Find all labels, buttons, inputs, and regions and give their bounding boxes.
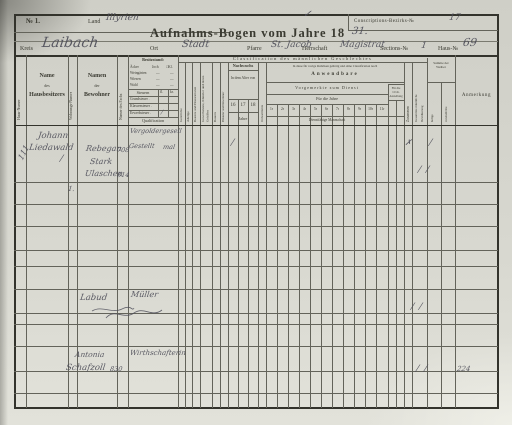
grid-vline	[248, 100, 249, 408]
resident-name: Labud	[79, 293, 107, 303]
steuern-kr: kr.	[170, 90, 174, 94]
besitz-dash: —	[156, 77, 160, 81]
grid-vline	[332, 104, 333, 408]
grid-vline	[117, 55, 118, 408]
year-col: 6r	[321, 107, 332, 111]
year-col: 1r	[266, 107, 277, 111]
grid-vline	[376, 104, 377, 408]
grid-vline	[412, 62, 413, 408]
col-header-bewohner-line2: der	[78, 83, 116, 88]
grid-vline	[497, 14, 499, 409]
nachwuchs-year-17: 17	[238, 103, 248, 108]
class-col-beamte: Beamte und Honoratioren	[193, 64, 197, 122]
resident-fach-number: 830	[109, 365, 123, 373]
year-col: 2r	[277, 107, 288, 111]
year-col: 10r	[365, 107, 376, 111]
grid-hline	[14, 14, 498, 16]
qualification-entry: Müller	[130, 290, 158, 299]
grid-hline	[14, 346, 498, 347]
resident-name: Stark	[89, 157, 112, 166]
signature-flourish	[104, 306, 164, 322]
grid-vline	[348, 14, 349, 30]
grid-hline	[14, 393, 498, 394]
nachwuchs-sub: In dem Alter von	[229, 76, 257, 80]
year-col: 3r	[288, 107, 299, 111]
tally-mark: /	[230, 138, 234, 148]
civil-box-header: Für die Civil-Anstellung	[388, 86, 404, 98]
grid-hline	[14, 313, 498, 314]
section-value: 1	[420, 41, 427, 51]
col-zusammen: Zusammen	[406, 64, 411, 122]
grid-hline	[14, 266, 498, 267]
col-header-bewohner-line3: Bewohner	[78, 92, 116, 98]
year-col: 7r	[332, 107, 343, 111]
grid-vline	[266, 62, 267, 408]
besitz-title: Besitzstand:	[128, 57, 178, 62]
grid-hline	[427, 82, 455, 83]
kreis-value: Laibach	[41, 35, 100, 51]
class-col-gewerbsleute: Gewerbsleute, Künstler und deren Gehilfe…	[201, 64, 211, 122]
besitz-row-label: Wald	[130, 83, 138, 87]
tally-mark: /	[417, 165, 421, 175]
pfarre-label: Pfarre	[247, 46, 262, 52]
grid-vline	[26, 55, 27, 408]
year-col: 5r	[310, 107, 321, 111]
col-header-bewohner-line1: Namen	[78, 73, 116, 79]
besitz-dash: —	[170, 77, 174, 81]
grid-vline	[228, 62, 229, 408]
col-male-sum-2: Bevölkerung	[420, 64, 424, 122]
grid-vline	[158, 89, 159, 117]
grid-hline	[388, 84, 404, 85]
ort-label: Ort	[150, 46, 158, 52]
col-header-owner-line1: Name	[27, 73, 67, 79]
applicable-line: In diese für vorige Rubriken gehörig und…	[266, 64, 404, 68]
grid-hline	[266, 94, 388, 95]
haus-label: Haus-№	[438, 46, 458, 52]
tally-mark: /	[418, 302, 422, 312]
qualification-entry-line2: Gestellt	[128, 142, 155, 150]
form-number: № 1.	[26, 17, 40, 25]
resident-fach-number: 814	[116, 171, 130, 179]
grid-vline	[388, 84, 389, 408]
title-year-handwritten: 31.	[351, 26, 368, 37]
resident-name: Antonia	[74, 350, 105, 359]
tally-mark: /	[428, 138, 432, 148]
grid-hline	[14, 250, 498, 251]
besitz-dash: —	[170, 83, 174, 87]
year-col: 8r	[343, 107, 354, 111]
owner-flourish: /	[59, 154, 63, 164]
grid-hline	[14, 226, 498, 227]
qualification-entry-line1: Vergoldergesell	[129, 127, 182, 135]
steuern-fl: fl.	[160, 90, 163, 94]
anmerkung-header: Anmerkung	[455, 93, 498, 98]
owner-first-name: Johann	[37, 131, 68, 141]
grid-hline	[348, 30, 498, 31]
class-col-adelige: Adelige	[186, 64, 190, 122]
grid-vline	[238, 100, 239, 408]
ort-value: Stadt	[181, 39, 210, 50]
grid-hline	[14, 125, 498, 126]
check-mark-handwritten: ✓	[302, 9, 312, 20]
besitz-dash: —	[170, 71, 174, 75]
applicable-word: Anwendbare	[266, 72, 404, 77]
qualification-label: Qualification	[128, 118, 178, 123]
steuern-row-label: Erwerbsteuer .	[130, 111, 151, 115]
year-col: 11r	[376, 107, 388, 111]
col-header-owner-line3: Hausbesitzers	[27, 92, 67, 98]
grid-vline	[396, 100, 397, 408]
female-col-ledige: ledige	[430, 86, 434, 122]
herrschaft-value: Magistrat	[339, 40, 385, 50]
steuern-row-label: Klassensteuer .	[130, 104, 152, 108]
grid-hline	[266, 104, 388, 105]
grid-vline	[441, 82, 442, 408]
grid-hline	[266, 116, 404, 117]
resident-surname: Schafzoll	[65, 363, 106, 373]
tally-mark: /	[425, 165, 429, 175]
grid-hline	[228, 70, 258, 71]
qualification-entry: Wirthschafterin	[129, 349, 186, 357]
besitz-unit-joch: Joch	[152, 65, 159, 69]
col-header-haus-numer: Haus-Numer	[16, 62, 21, 120]
col-male-sum-1: Gesammte männliche	[414, 64, 418, 122]
grid-hline	[178, 62, 427, 63]
classification-title: Classification des männlichen Geschlecht…	[178, 56, 427, 61]
fuer-jahre-header: Für die Jahre	[266, 96, 388, 101]
land-label: Land	[88, 19, 100, 25]
nachwuchs-year-16: 16	[228, 103, 238, 108]
besitz-dash: —	[156, 83, 160, 87]
grid-hline	[14, 204, 498, 205]
class-col-bauern: Bauern	[213, 64, 217, 122]
tally-mark-x: ✗	[404, 138, 412, 147]
grid-vline	[168, 89, 169, 117]
steuern-mark-handwritten: /	[161, 109, 164, 116]
nachwuchs-unit: Jahre	[228, 116, 258, 121]
grid-hline	[228, 99, 258, 100]
grid-vline	[354, 104, 355, 408]
grid-vline	[299, 104, 300, 408]
year-col: 9r	[354, 107, 365, 111]
col-header-owner: Name des Hausbesitzers	[27, 73, 67, 98]
col-header-owner-line2: des	[27, 83, 67, 88]
class-col-geistliche: Geistliche	[179, 64, 183, 122]
col-header-bewohner: Namen der Bewohner	[78, 73, 116, 98]
haus-value: 69	[462, 36, 478, 49]
anmerkung-entry: 224	[456, 365, 470, 373]
nachwuchs-year-18: 18	[248, 103, 258, 108]
besitz-row-label: Weingärten	[130, 71, 146, 75]
qualification-entry-line2b: mal	[162, 143, 175, 151]
grid-vline	[427, 58, 428, 408]
besitz-dash: —	[156, 71, 160, 75]
grid-hline	[14, 289, 498, 290]
herrschaft-label: Herrschaft	[302, 46, 327, 52]
col-header-fach-numer: Numer des Fachs	[119, 62, 124, 120]
besitz-row-label: Äcker	[130, 65, 139, 69]
tally-mark: /	[410, 302, 414, 312]
grid-vline	[455, 55, 456, 408]
grid-vline	[288, 104, 289, 408]
besitz-row-label: Wiesen	[130, 77, 141, 81]
grid-vline	[258, 62, 259, 408]
tally-mark: /	[415, 364, 419, 374]
grid-vline	[277, 104, 278, 408]
mannschaft-label: Dienstfähige Mannschaft	[266, 118, 388, 122]
col-unbestimmte: Unbestimmte	[260, 64, 264, 122]
class-col-haeusler: Häusler und Inwohner	[221, 64, 225, 122]
section-label: Sections-№	[380, 46, 408, 52]
form-title: Aufnahms-Bogen vom Jahre 18	[150, 26, 345, 41]
grid-vline	[321, 104, 322, 408]
wohnung-number: 1.	[67, 185, 75, 193]
grid-hline	[14, 324, 498, 325]
grid-hline	[228, 112, 258, 113]
female-col-verehelichte: verehelichte	[444, 86, 448, 122]
besitz-unit-kl: □Kl.	[166, 65, 173, 69]
col-header-wohnungs-numer: Wohnungs-Numer	[69, 62, 74, 120]
kreis-label: Kreis	[20, 46, 33, 52]
grid-vline	[365, 104, 366, 408]
vorgemerkt-header: Vorgemerkte zum Dienst	[266, 85, 388, 90]
steuern-title: Steuern	[128, 90, 158, 95]
nachwuchs-title: Nachwuchs	[228, 63, 258, 68]
female-sum-header: Summe der Weiber	[428, 61, 454, 69]
land-value-handwritten: Illyrien	[105, 13, 139, 23]
conscription-district-label: Conscriptions-Bezirks-№	[354, 19, 414, 24]
grid-vline	[404, 62, 405, 408]
conscription-district-value: 17	[448, 13, 461, 23]
grid-hline	[14, 407, 498, 409]
grid-hline	[14, 182, 498, 183]
owner-last-name: Liedawald	[28, 143, 74, 153]
grid-vline	[343, 104, 344, 408]
grid-hline	[388, 100, 404, 101]
year-col: 4r	[299, 107, 310, 111]
grid-vline	[310, 104, 311, 408]
scanned-census-form: № 1. Land Illyrien ✓ Conscriptions-Bezir…	[0, 0, 512, 425]
grid-hline	[266, 82, 404, 83]
steuern-row-label: Grundsteuer .	[130, 97, 150, 101]
